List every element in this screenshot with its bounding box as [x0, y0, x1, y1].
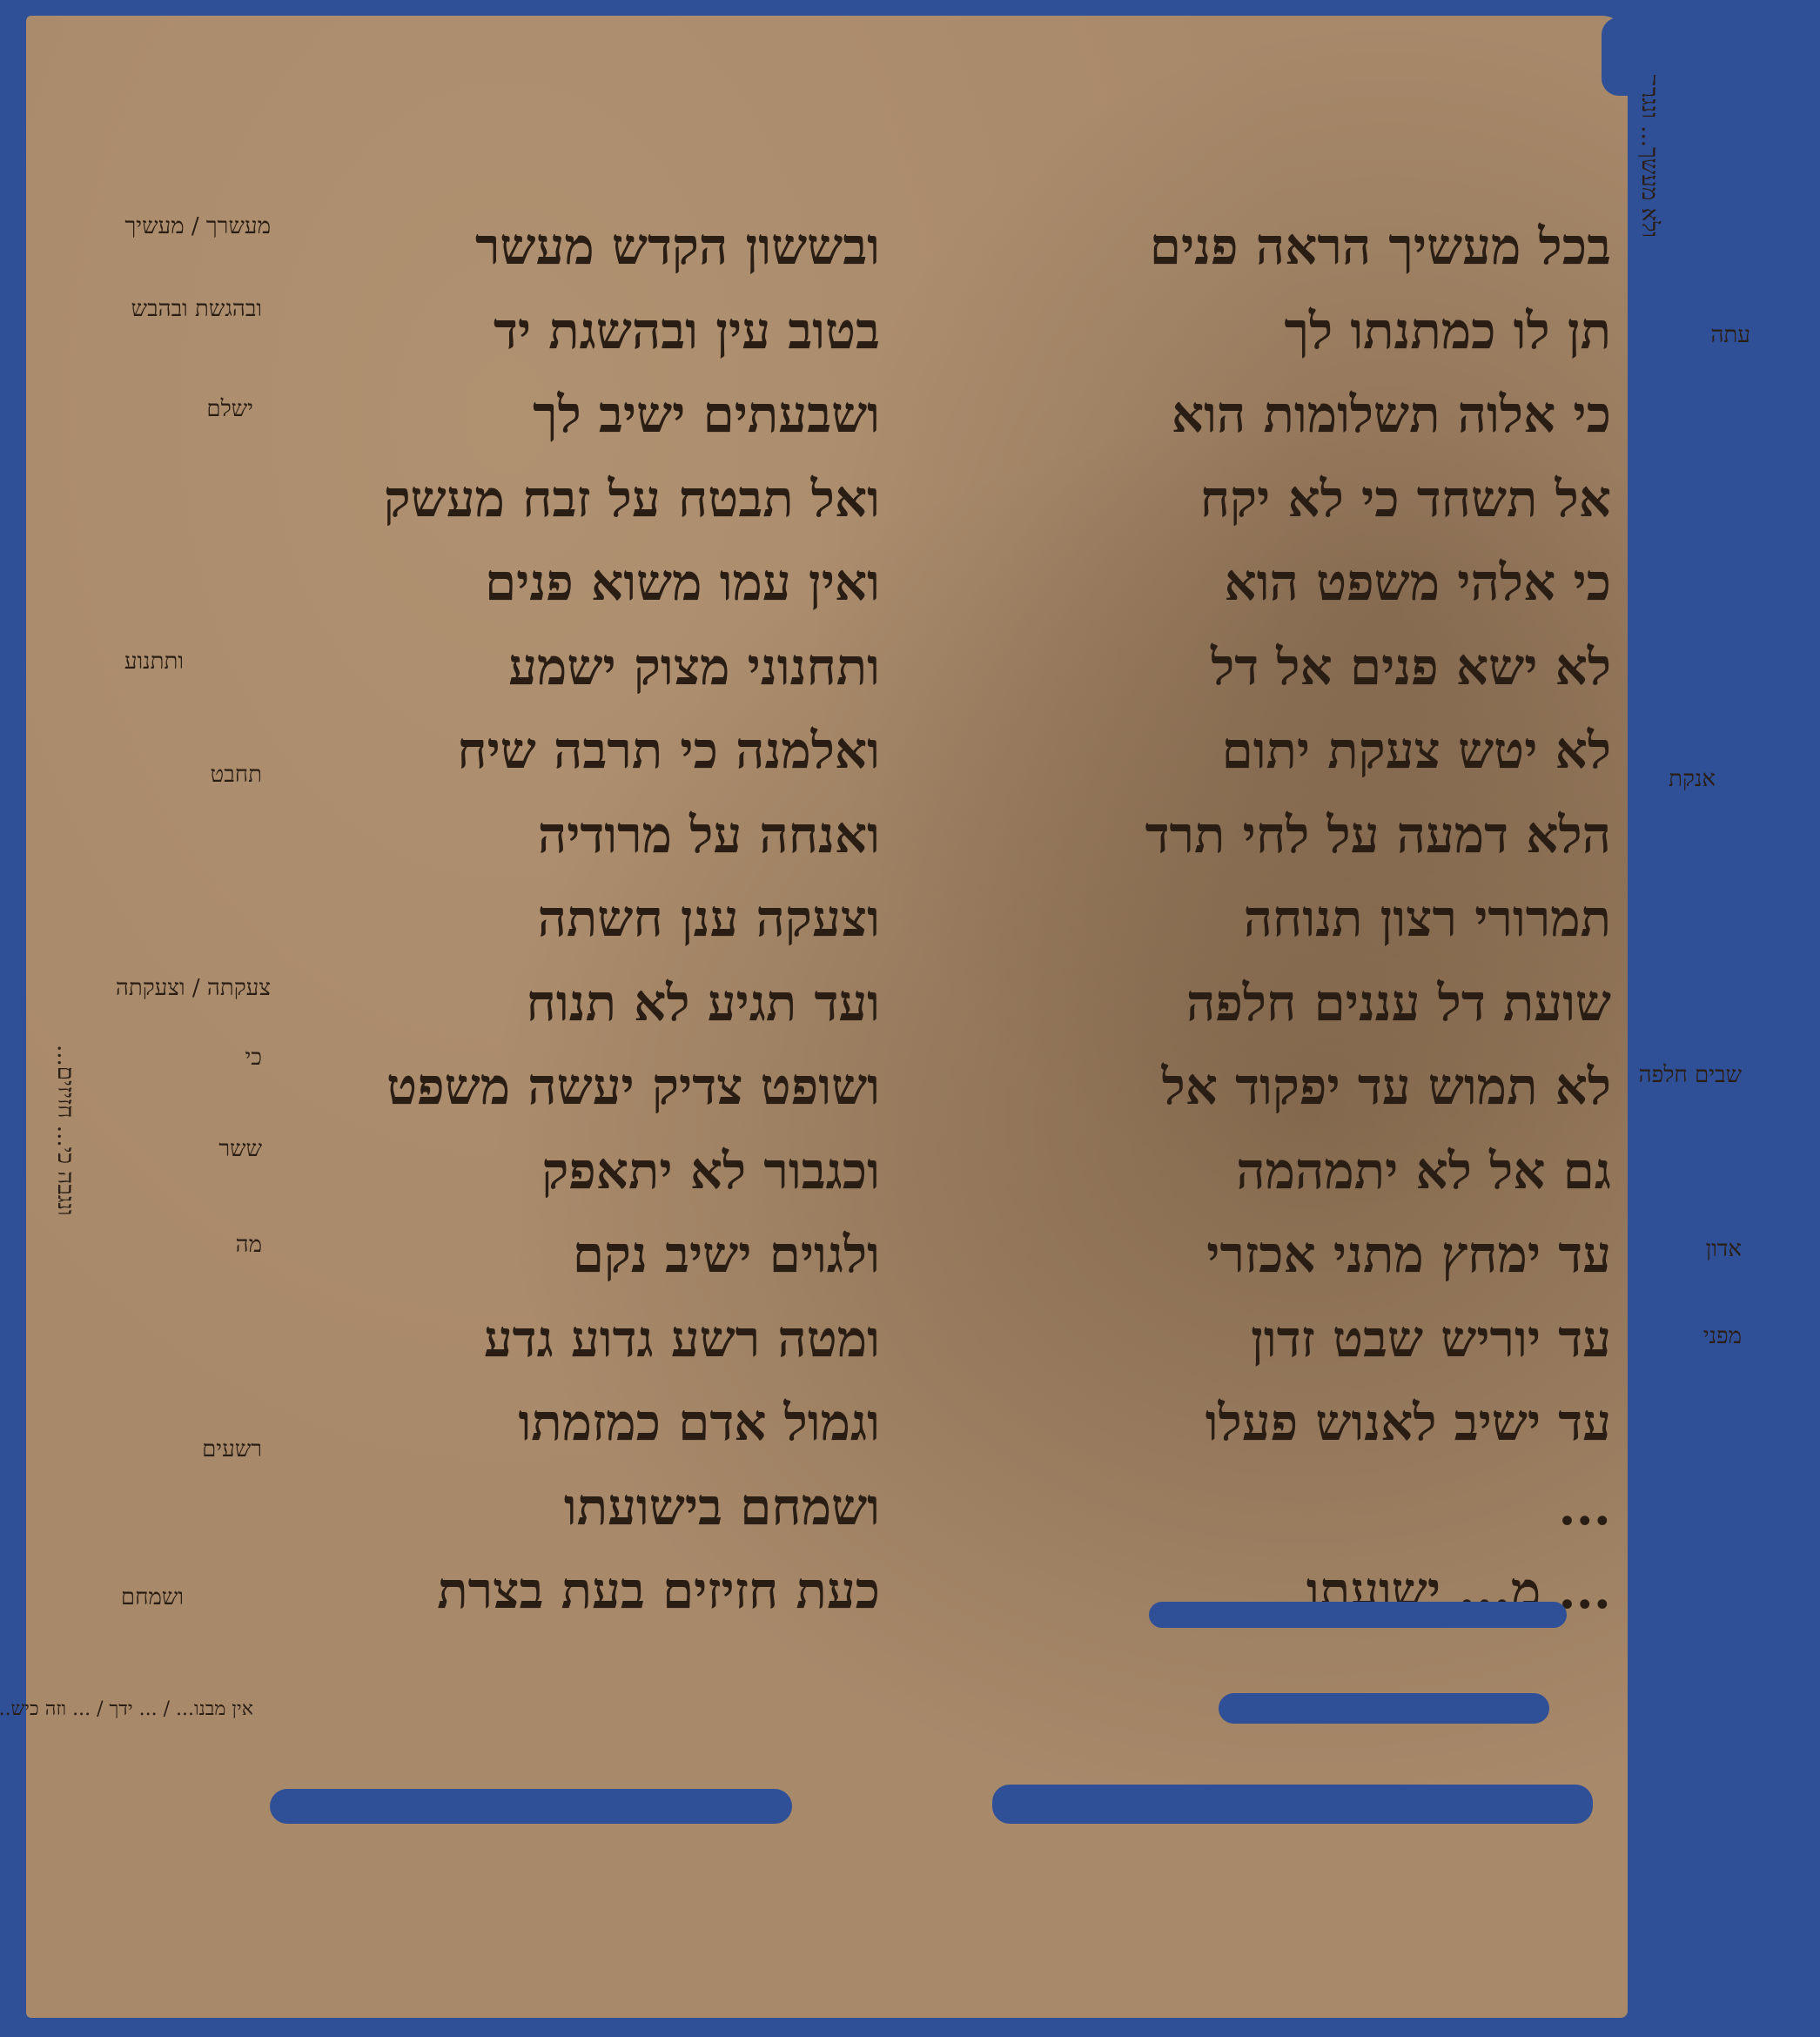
- line: תמרורי רצון תנוחה: [950, 877, 1611, 961]
- line: וכגבור לא יתאפק: [218, 1129, 880, 1213]
- line: ואלמנה כי תרבה שיח: [218, 709, 880, 793]
- line: עד יוריש שבט זדון: [950, 1297, 1611, 1382]
- line: כעת חזיזים בעת בצרת: [218, 1549, 880, 1633]
- margin-note: ושמחם: [121, 1584, 184, 1610]
- margin-note: ישלם: [206, 396, 253, 422]
- line: כי אלהי משפט הוא: [950, 541, 1611, 625]
- line: בטוב עין ובהשגת יד: [218, 289, 880, 373]
- line: ושמחם בישועתו: [218, 1465, 880, 1550]
- line: ואנחה על מרודיה: [218, 793, 880, 877]
- line: כי אלוה תשלומות הוא: [950, 373, 1611, 457]
- line: עד ימחץ מתני אכזרי: [950, 1213, 1611, 1297]
- line: בכל מעשיך הראה פנים: [950, 205, 1611, 289]
- line: ואל תבטח על זבח מעשק: [218, 457, 880, 541]
- line: וצעקה ענן חשתה: [218, 877, 880, 961]
- line: שועת דל עננים חלפה: [950, 961, 1611, 1045]
- vertical-note: ונגבה כי... חזיזים...: [52, 1045, 78, 1216]
- line: אל תשחד כי לא יקח: [950, 457, 1611, 541]
- line: ...: [950, 1465, 1611, 1550]
- damage-hole: [1149, 1602, 1567, 1628]
- left-column: ובששון הקדש מעשר בטוב עין ובהשגת יד ושבע…: [218, 205, 880, 1633]
- damage-hole: [1602, 17, 1654, 96]
- margin-note: אנקת: [1669, 766, 1716, 792]
- margin-note: תחבט: [211, 762, 262, 788]
- line: ותחנוני מצוק ישמע: [218, 625, 880, 709]
- line: ולגוים ישיב נקם: [218, 1213, 880, 1297]
- margin-note: ותתנוע: [124, 649, 184, 675]
- line: עד ישיב לאנוש פעלו: [950, 1381, 1611, 1465]
- line: הלא דמעה על לחי תרד: [950, 793, 1611, 877]
- line: ובששון הקדש מעשר: [218, 205, 880, 289]
- line: לא תמוש עד יפקוד אל: [950, 1045, 1611, 1129]
- line: וגמול אדם כמזמתו: [218, 1381, 880, 1465]
- margin-note: שבים חלפה: [1639, 1062, 1742, 1088]
- margin-note: עתה: [1710, 322, 1750, 348]
- margin-note: צעקתה / וצעקתה: [116, 975, 271, 1001]
- margin-note: מה: [236, 1232, 262, 1258]
- damage-hole: [992, 1785, 1593, 1824]
- line: לא ישא פנים אל דל: [950, 625, 1611, 709]
- line: גם אל לא יתמהמה: [950, 1129, 1611, 1213]
- margin-note: מעשרך / מעשיך: [125, 213, 272, 239]
- line: לא יטש צעקת יתום: [950, 709, 1611, 793]
- line: ואין עמו משוא פנים: [218, 541, 880, 625]
- margin-note: ששר: [218, 1136, 262, 1162]
- margin-note: אדון: [1706, 1236, 1742, 1262]
- margin-note: כי: [245, 1045, 262, 1071]
- line: תן לו כמתנתו לך: [950, 289, 1611, 373]
- right-column: בכל מעשיך הראה פנים תן לו כמתנתו לך כי א…: [950, 205, 1611, 1633]
- damage-hole: [270, 1789, 792, 1824]
- damage-hole: [1219, 1693, 1549, 1724]
- margin-note: רשעים: [202, 1436, 262, 1462]
- margin-note: אין מבנו... / ... ידך / ... וזה כיש...: [0, 1697, 253, 1720]
- line: ומטה רשע גדוע גדע: [218, 1297, 880, 1382]
- margin-note: ובהגשת ובהבש: [131, 296, 262, 322]
- line: ושופט צדיק יעשה משפט: [218, 1045, 880, 1129]
- line: ושבעתים ישיב לך: [218, 373, 880, 457]
- margin-note: מפני: [1703, 1323, 1742, 1349]
- line: ועד תגיע לא תנוח: [218, 961, 880, 1045]
